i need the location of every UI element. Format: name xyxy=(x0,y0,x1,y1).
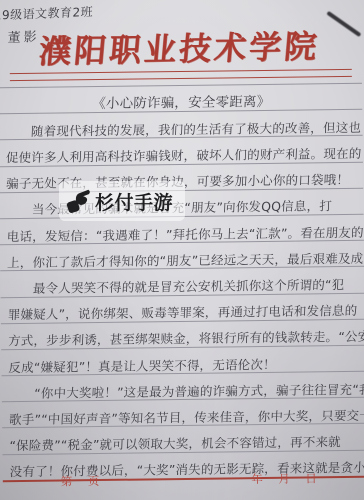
essay-line-text: 反成“嫌疑犯”！真是让人哭笑不得，无语伦次！ xyxy=(8,358,276,374)
letterhead-paper: 19级语文教育2班 董影 濮阳职业技术学院 《小心防诈骗，安全零距离》 随着现代… xyxy=(0,0,364,500)
watermark-text: 杉付手游 xyxy=(95,188,173,215)
watermark-badge: 杉付手游 xyxy=(59,181,185,221)
page-number-label: 第 页 xyxy=(61,473,102,495)
photo-of-essay-page: 19级语文教育2班 董影 濮阳职业技术学院 《小心防诈骗，安全零距离》 随着现代… xyxy=(0,0,364,500)
letterhead-footer: 第 页 年 月 日 xyxy=(3,466,364,496)
hand-tap-icon xyxy=(65,185,91,217)
date-label: 年 月 日 xyxy=(251,470,319,493)
ruled-writing-area: 《小心防诈骗，安全零距离》 随着现代科技的发展，我们的生活有了极大的改善，但这也… xyxy=(0,83,364,482)
essay-title: 《小心防诈骗，安全零距离》 xyxy=(92,96,271,112)
class-label: 19级语文教育2班 xyxy=(0,3,93,24)
essay-line-text: “保险费”“税金”就可以领取大奖，机会不容错过，再不来就 xyxy=(9,436,341,453)
school-letterhead: 濮阳职业技术学院 xyxy=(0,20,364,73)
